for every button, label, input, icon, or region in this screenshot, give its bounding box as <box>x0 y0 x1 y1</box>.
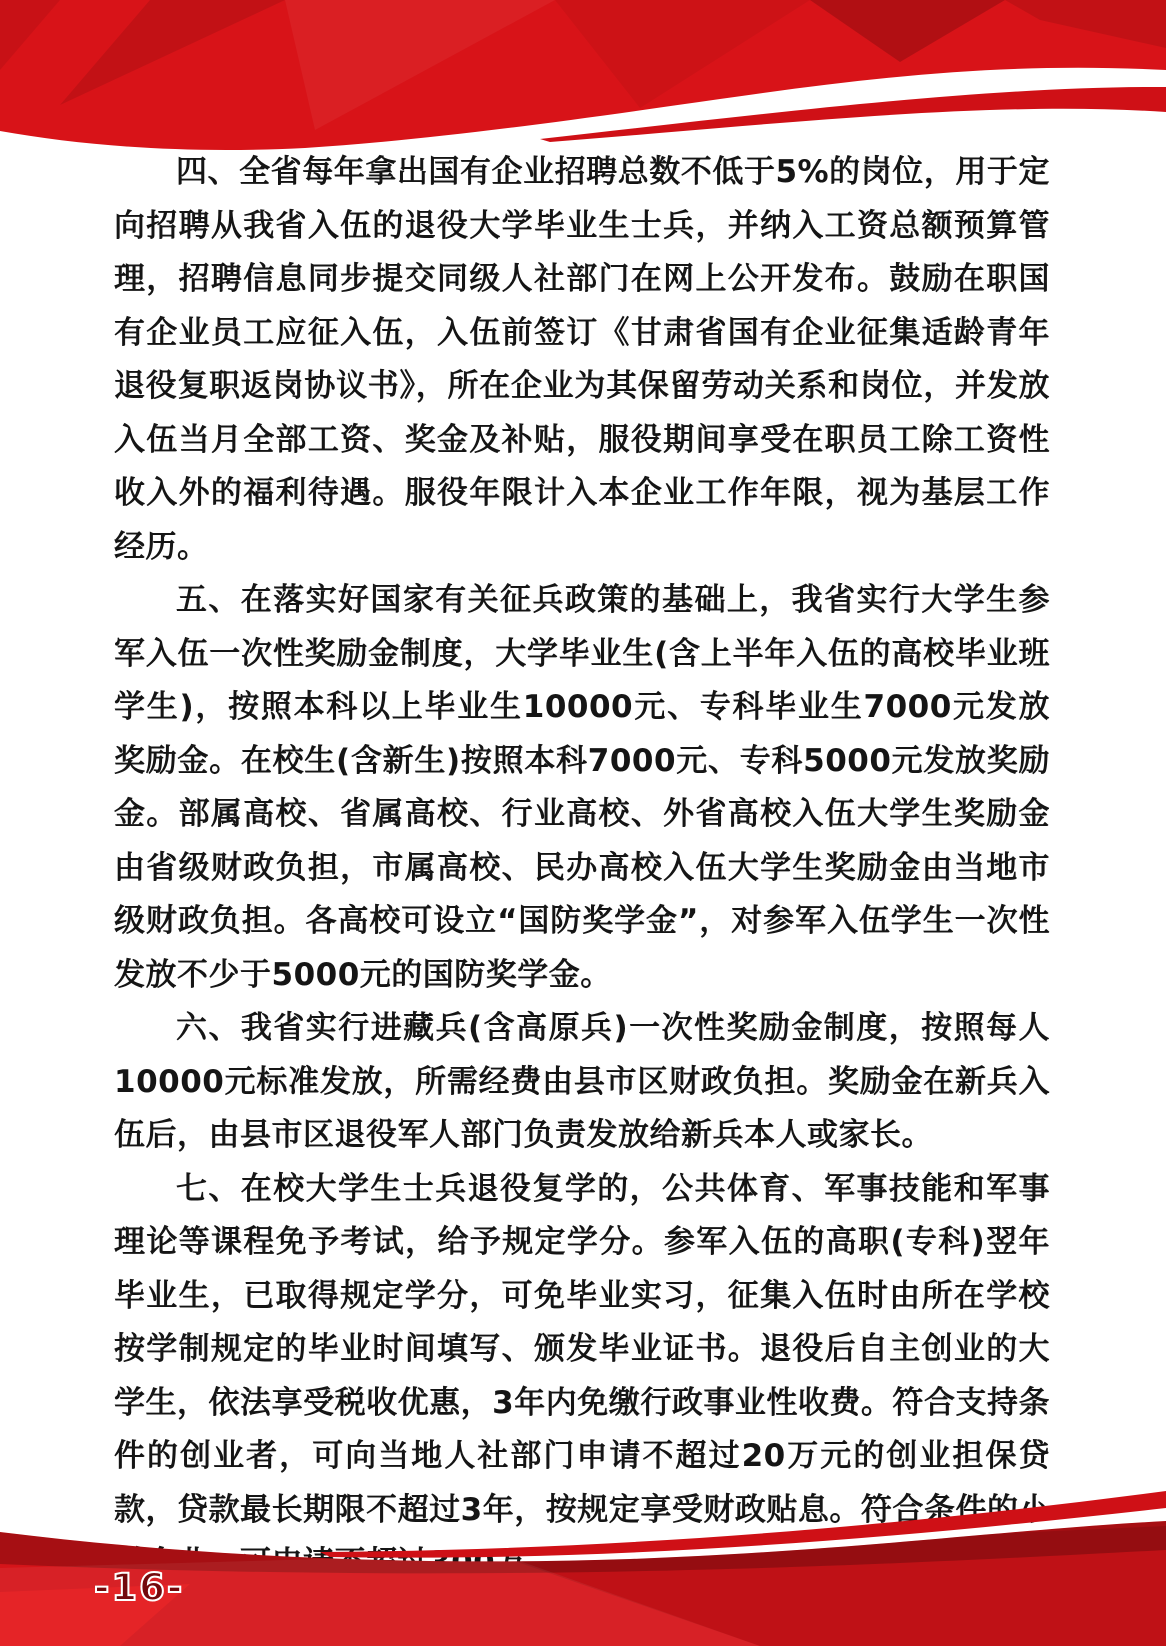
footer-ribbon <box>0 1464 1166 1646</box>
document-text: 四、全省每年拿出国有企业招聘总数不低于5%的岗位，用于定向招聘从我省入伍的退役大… <box>114 146 1050 1591</box>
paragraph-6: 六、我省实行进藏兵(含高原兵)一次性奖励金制度，按照每人10000元标准发放，所… <box>114 1002 1050 1163</box>
paragraph-4: 四、全省每年拿出国有企业招聘总数不低于5%的岗位，用于定向招聘从我省入伍的退役大… <box>114 146 1050 574</box>
paragraph-5: 五、在落实好国家有关征兵政策的基础上，我省实行大学生参军入伍一次性奖励金制度，大… <box>114 574 1050 1002</box>
document-page: { "page": { "title": "征兵政策宣传页", "page_nu… <box>0 0 1166 1646</box>
page-number: -16- <box>94 1566 184 1609</box>
